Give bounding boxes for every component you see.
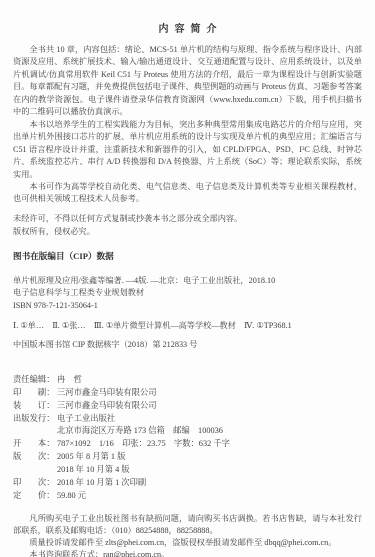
publication-row: 装 订： 三河市鑫金马印装有限公司 — [13, 400, 362, 413]
publication-label: 责任编辑： — [13, 374, 57, 387]
publication-value: 冉 哲 — [57, 374, 82, 387]
publication-row-edition: 2018 年 10 月第 4 版 — [13, 464, 362, 477]
cip-registry-number: 中国版本图书馆 CIP 数据核字（2018）第 212833 号 — [13, 339, 362, 352]
cip-classification: Ⅰ. ①单… Ⅱ. ①张… Ⅲ. ①单片微型计算机—高等学校—教材 Ⅳ. ①TP… — [13, 320, 362, 333]
publication-info-section: 责任编辑： 冉 哲 印 刷： 三河市鑫金马印装有限公司 装 订： 三河市鑫金马印… — [13, 374, 362, 503]
publication-row: 印 刷： 三河市鑫金马印装有限公司 — [13, 387, 362, 400]
publication-value: 787×1092 1/16 印张：23.75 字数：632 千字 — [57, 438, 230, 451]
contact-footer-section: 凡所购买电子工业出版社图书有缺损问题，请向购买书店调换。若书店售缺，请与本社发行… — [13, 513, 362, 557]
publication-row: 印 次： 2018 年 10 月第 1 次印刷 — [13, 477, 362, 490]
publication-row: 版 次： 2005 年 8 月第 1 版 — [13, 451, 362, 464]
publication-label — [13, 464, 57, 477]
book-copyright-page: 内容简介 全书共 10 章，内容包括：绪论、MCS-51 单片机的结构与原理、指… — [0, 0, 375, 557]
cip-heading: 图书在版编目（CIP）数据 — [13, 250, 362, 262]
publication-value: 2018 年 10 月第 1 次印刷 — [57, 477, 146, 490]
publication-label: 定 价： — [13, 490, 57, 503]
publication-row: 责任编辑： 冉 哲 — [13, 374, 362, 387]
copyright-notice-line: 未经许可，不得以任何方式复制或抄袭本书之部分或全部内容。 — [13, 212, 362, 225]
publication-row-price: 定 价： 59.80 元 — [13, 490, 362, 503]
publication-row: 开 本： 787×1092 1/16 印张：23.75 字数：632 千字 — [13, 438, 362, 451]
book-price: 59.80 元 — [57, 490, 86, 503]
publication-row-address: 北京市海淀区万寿路 173 信箱 邮编 100036 — [13, 425, 362, 438]
intro-paragraph: 本书以培养学生的工程实践能力为目标，突出多种典型常用集成电路芯片的介绍与应用，突… — [13, 119, 362, 181]
publication-row: 出版发行： 电子工业出版社 — [13, 413, 362, 426]
publication-label: 出版发行： — [13, 413, 57, 426]
footer-exchange-notice: 凡所购买电子工业出版社图书有缺损问题，请向购买书店调换。若书店售缺，请与本社发行… — [13, 513, 362, 537]
publication-label: 版 次： — [13, 451, 57, 464]
copyright-notice: 未经许可，不得以任何方式复制或抄袭本书之部分或全部内容。 版权所有，侵权必究。 — [13, 212, 362, 238]
isbn-number: ISBN 978-7-121-35064-1 — [13, 300, 362, 313]
intro-paragraph: 全书共 10 章，内容包括：绪论、MCS-51 单片机的结构与原理、指令系统与程… — [13, 44, 362, 119]
publisher-address: 北京市海淀区万寿路 173 信箱 邮编 100036 — [57, 425, 223, 438]
intro-paragraph: 本书可作为高等学校自动化类、电气信息类、电子信息类及计算机类等专业相关课程教材，… — [13, 181, 362, 206]
page-title: 内容简介 — [13, 20, 362, 35]
content-intro-section: 全书共 10 章，内容包括：绪论、MCS-51 单片机的结构与原理、指令系统与程… — [13, 44, 362, 206]
footer-consult-email: 本书咨询联系方式：ran@phei.com.cn。 — [13, 549, 362, 557]
publication-label: 装 订： — [13, 400, 57, 413]
publication-label: 印 次： — [13, 477, 57, 490]
publication-value: 三河市鑫金马印装有限公司 — [57, 400, 157, 413]
copyright-notice-line: 版权所有，侵权必究。 — [13, 225, 362, 238]
publication-value: 电子工业出版社 — [57, 413, 115, 426]
cip-data-section: 图书在版编目（CIP）数据 单片机原理及应用/张鑫等编著. —4版. —北京：电… — [13, 250, 362, 352]
cip-book-description: 单片机原理及应用/张鑫等编著. —4版. —北京：电子工业出版社，2018.10 — [13, 275, 362, 288]
footer-complaint-emails: 质量投诉请发邮件至 zlts@phei.com.cn，盗版侵权举报请发邮件至 d… — [13, 537, 362, 549]
publication-value: 2005 年 8 月第 1 版 — [57, 451, 125, 464]
cip-series-title: 电子信息科学与工程类专业规划教材 — [13, 287, 362, 300]
publication-value: 三河市鑫金马印装有限公司 — [57, 387, 157, 400]
publication-label — [13, 425, 57, 438]
publication-label: 印 刷： — [13, 387, 57, 400]
publication-value: 2018 年 10 月第 4 版 — [57, 464, 130, 477]
publication-label: 开 本： — [13, 438, 57, 451]
